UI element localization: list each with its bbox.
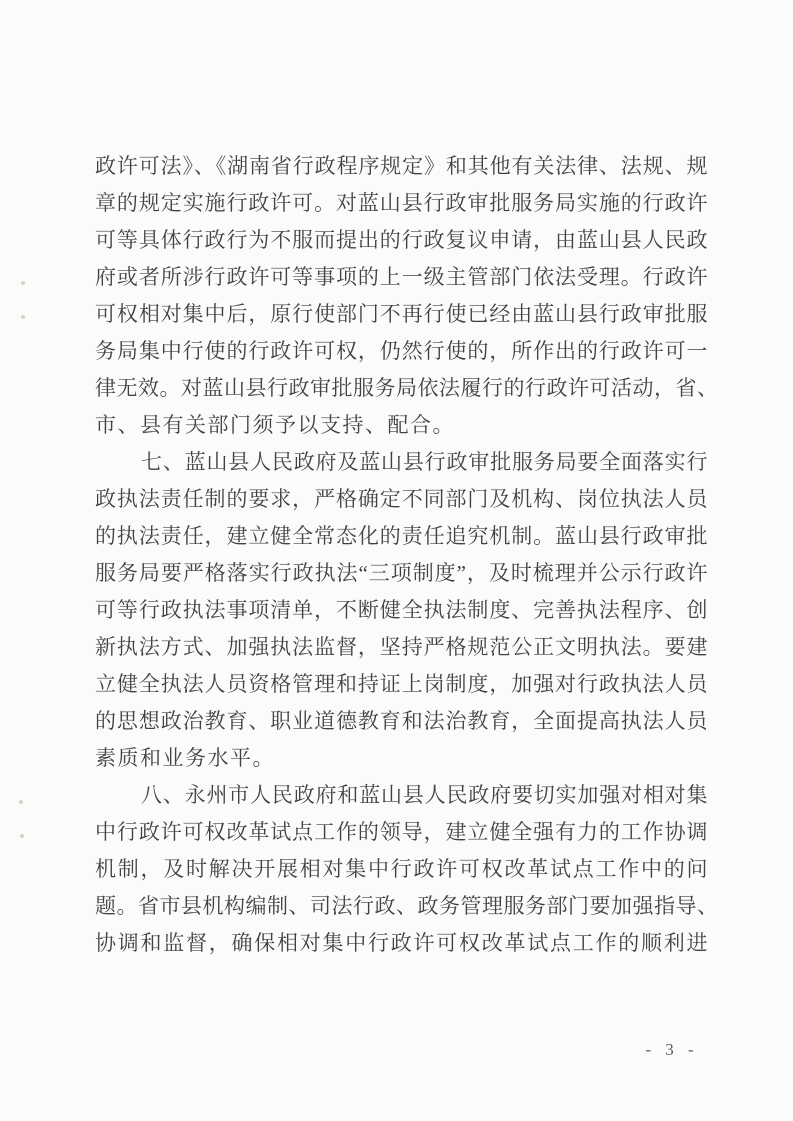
text-line: 立健全执法人员资格管理和持证上岗制度，加强对行政执法人员: [95, 666, 708, 703]
text-line: 政执法责任制的要求，严格确定不同部门及机构、岗位执法人员: [95, 481, 708, 518]
text-line: 务局集中行使的行政许可权，仍然行使的，所作出的行政许可一: [95, 333, 708, 370]
page-number: - 3 -: [612, 1040, 732, 1060]
text-line: 府或者所涉行政许可等事项的上一级主管部门依法受理。行政许: [95, 259, 708, 296]
text-line: 八、永州市人民政府和蓝山县人民政府要切实加强对相对集: [95, 777, 708, 814]
text-line: 的思想政治教育、职业道德教育和法治教育，全面提高执法人员: [95, 703, 708, 740]
text-line: 机制，及时解决开展相对集中行政许可权改革试点工作中的问: [95, 851, 708, 888]
text-line: 章的规定实施行政许可。对蓝山县行政审批服务局实施的行政许: [95, 185, 708, 222]
text-line: 的执法责任，建立健全常态化的责任追究机制。蓝山县行政审批: [95, 518, 708, 555]
text-line: 可权相对集中后，原行使部门不再行使已经由蓝山县行政审批服: [95, 296, 708, 333]
text-line: 新执法方式、加强执法监督，坚持严格规范公正文明执法。要建: [95, 629, 708, 666]
text-line: 市、县有关部门须予以支持、配合。: [95, 407, 708, 444]
text-block: 政许可法》、《湖南省行政程序规定》和其他有关法律、法规、规章的规定实施行政许可。…: [95, 148, 708, 962]
scan-speck: [20, 834, 24, 838]
text-line: 政许可法》、《湖南省行政程序规定》和其他有关法律、法规、规: [95, 148, 708, 185]
scan-speck: [19, 800, 23, 804]
text-line: 服务局要严格落实行政执法“三项制度”，及时梳理并公示行政许: [95, 555, 708, 592]
text-line: 中行政许可权改革试点工作的领导，建立健全强有力的工作协调: [95, 814, 708, 851]
text-line: 题。省市县机构编制、司法行政、政务管理服务部门要加强指导、: [95, 888, 708, 925]
text-line: 素质和业务水平。: [95, 740, 708, 777]
text-line: 可等行政执法事项清单，不断健全执法制度、完善执法程序、创: [95, 592, 708, 629]
scan-speck: [21, 281, 25, 285]
text-line: 协调和监督，确保相对集中行政许可权改革试点工作的顺利进: [95, 925, 708, 962]
text-line: 七、蓝山县人民政府及蓝山县行政审批服务局要全面落实行: [95, 444, 708, 481]
text-line: 律无效。对蓝山县行政审批服务局依法履行的行政许可活动，省、: [95, 370, 708, 407]
text-line: 可等具体行政行为不服而提出的行政复议申请，由蓝山县人民政: [95, 222, 708, 259]
scan-speck: [21, 315, 25, 319]
document-page: 政许可法》、《湖南省行政程序规定》和其他有关法律、法规、规章的规定实施行政许可。…: [0, 0, 793, 1121]
